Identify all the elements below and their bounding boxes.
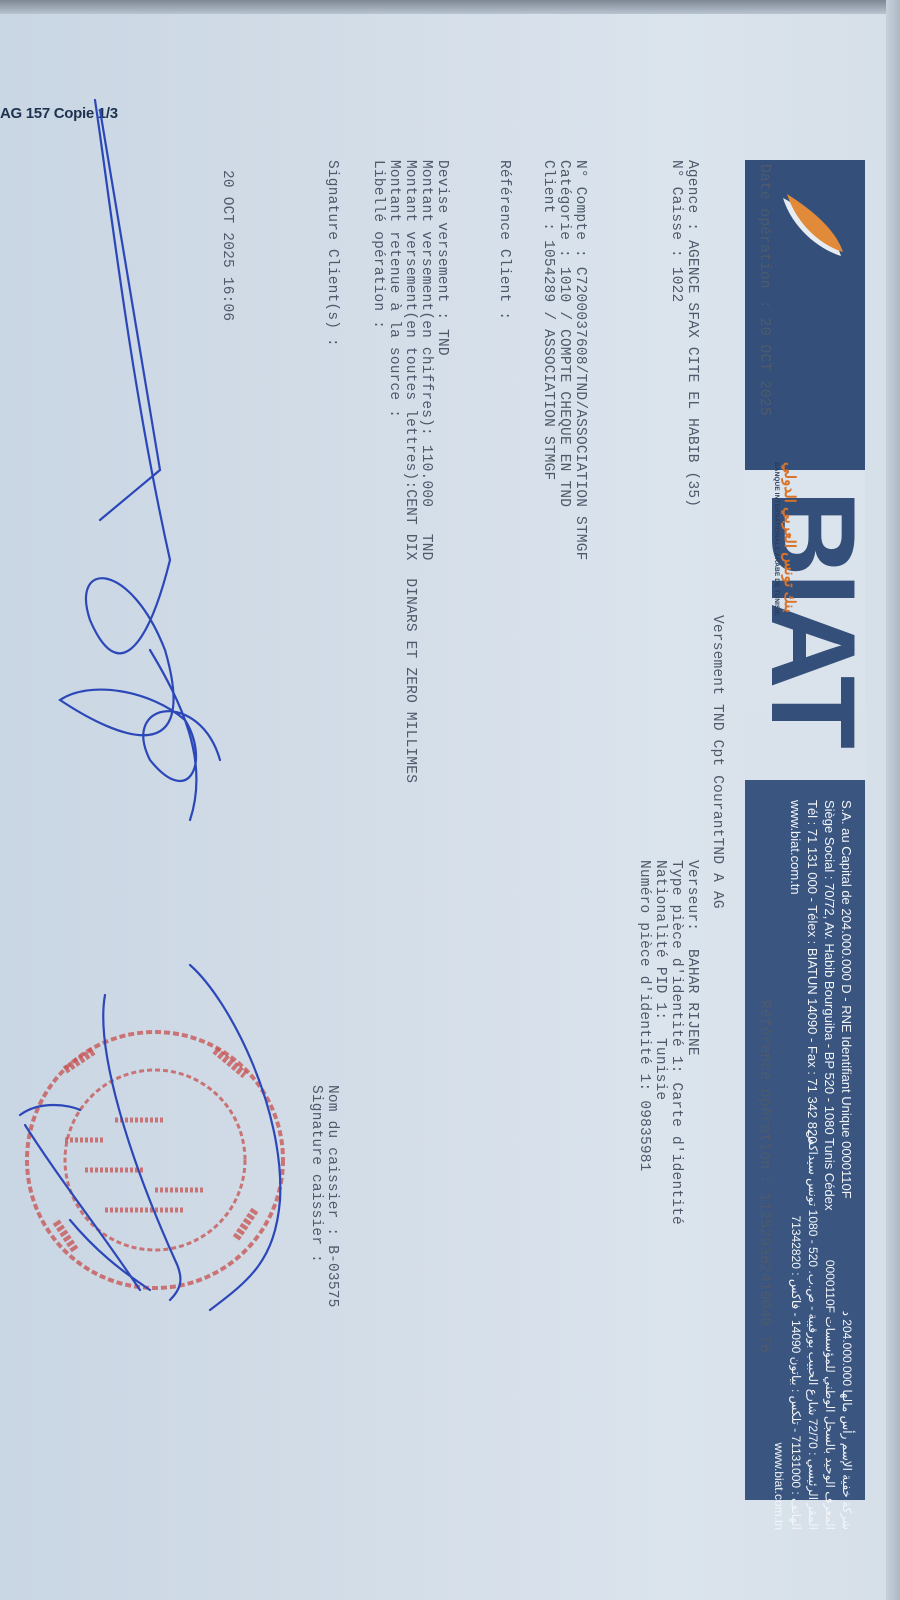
montant-retenue: Montant retenue à la source :	[386, 160, 402, 418]
type-piece-identite: Type pièce d'identité 1: Carte d'identit…	[668, 860, 684, 1225]
signature-caissier-label: Signature caissier :	[308, 1085, 324, 1263]
agence: Agence : AGENCE SFAX CITE EL HABIB (35)	[684, 160, 700, 507]
bank-name-french: BANQUE INTERNATIONALE ARABE DE TUNISIE	[773, 462, 780, 616]
numero-piece-identite: Numéro pièce d'identité 1: 09835981	[636, 860, 652, 1172]
nationalite: Nationalité PID 1: Tunisie	[652, 860, 668, 1100]
receipt-sheet: BIAT S.A. au Capital de 204.000.000 D - …	[0, 0, 900, 1600]
date-operation-label: Date opération	[756, 164, 772, 289]
numero-compte: N° Compte : C7200037608/TND/ASSOCIATION …	[572, 160, 588, 561]
info-line: شركة خفية الإسم رأس مالها 204.000.000 د	[838, 1230, 855, 1530]
categorie: Catégorie : 1010 / COMPTE CHEQUE EN TND	[556, 160, 572, 507]
date-operation-value: : 20 OCT 2025	[756, 300, 772, 416]
info-line: الهاتف : 71131000 - تلكس : بياتون 14090 …	[787, 1230, 804, 1530]
logo-area: BIAT	[745, 470, 865, 780]
nom-caissier: Nom du caissier : B-03575	[324, 1085, 340, 1308]
devise-versement: Devise versement : TND	[434, 160, 450, 356]
bank-name-arabic: بنك تونس العربي الدولي	[781, 462, 799, 613]
document-title: Versement TND Cpt CourantTND A AG	[709, 615, 725, 909]
logo-wordmark: BIAT	[753, 490, 873, 745]
info-line: www.biat.com.tn	[770, 1230, 787, 1530]
client: Client : 1054289 / ASSOCIATION STMGF	[540, 160, 556, 480]
info-line: Siège Social : 70/72, Av. Habib Bourguib…	[821, 800, 838, 1211]
bank-stamp-icon	[5, 1010, 305, 1310]
reference-operation-label: Référence opération	[756, 1000, 772, 1169]
info-line: المقر الرئيسي : 72/70 شارع الحبيب بورقيب…	[804, 1230, 821, 1530]
info-line: www.biat.com.tn	[787, 800, 804, 1211]
numero-caisse: N° Caisse : 1022	[668, 160, 684, 302]
bank-info-arabic: شركة خفية الإسم رأس مالها 204.000.000 د …	[770, 1230, 855, 1530]
bank-info-french: S.A. au Capital de 204.000.000 D - RNE I…	[787, 800, 855, 1211]
montant-lettres: Montant versement(en toutes lettres):CEN…	[402, 160, 418, 783]
verseur: Verseur: BAHAR RIJENE	[684, 860, 700, 1056]
reference-operation-value: : 112529362410040 76	[756, 1175, 772, 1353]
timestamp: 20 OCT 2025 16:06	[219, 170, 235, 321]
info-line: S.A. au Capital de 204.000.000 D - RNE I…	[838, 800, 855, 1211]
reference-client: Référence Client :	[496, 160, 512, 320]
libelle-operation: Libellé opération :	[370, 160, 386, 329]
signature-client-label: Signature Client(s) :	[324, 160, 340, 347]
info-line: المعرف الوحيد بالسجل الوطني للمؤسسات 000…	[821, 1230, 838, 1530]
biat-leaf-icon	[777, 190, 845, 260]
montant-chiffres: Montant versement(en chiffres): 110.000 …	[418, 160, 434, 561]
